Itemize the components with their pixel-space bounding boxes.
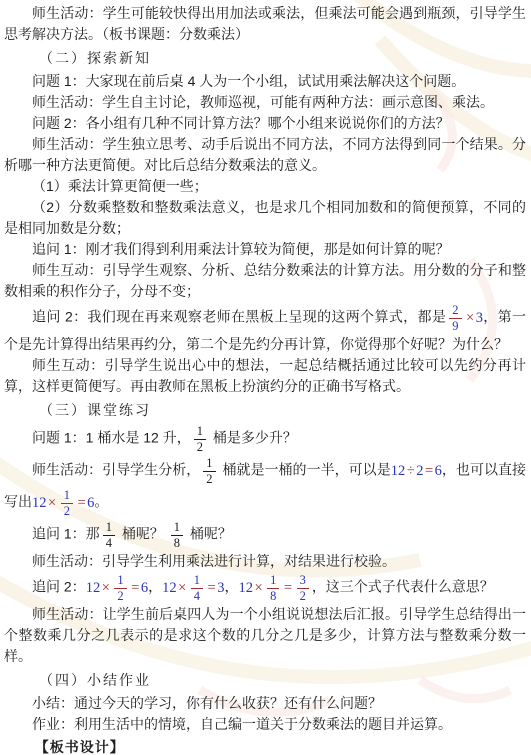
- equation: 12÷2=6: [391, 462, 442, 478]
- equation: 12×14=3: [162, 579, 224, 595]
- document-page: 师生活动：学生可能较快得出用加法或乘法，但乘法可能会遇到瓶颈，引导学生思考解决方…: [0, 0, 531, 755]
- math-operator: ×: [465, 310, 476, 326]
- equation: 12×12=6: [32, 494, 94, 510]
- paragraph: 师生互动：引导学生观察、分析、总结分数乘法的计算方法。用分数的分子和整数相乘的积…: [4, 260, 526, 302]
- paragraph: 追问 1：那14 桶呢？ 18 桶呢？: [4, 519, 526, 551]
- fraction-numerator: 1: [267, 573, 279, 588]
- fraction: 12: [61, 488, 73, 518]
- text-run: 问题 1：大家现在前后桌 4 人为一个小组，试试用乘法解决这个问题。: [32, 73, 465, 89]
- text-run: 作业：利用生活中的情境，自己编一道关于分数乘法的题目并运算。: [32, 716, 452, 732]
- math-operator: ×: [47, 495, 58, 511]
- fraction: 29: [449, 303, 461, 333]
- paragraph: 追问 2：12×12=6，12×14=3，12×18=32，这三个式子代表什么意…: [4, 572, 526, 604]
- equation: 12×18=32: [238, 579, 311, 595]
- document-content: 师生活动：学生可能较快得出用加法或乘法，但乘法可能会遇到瓶颈，引导学生思考解决方…: [4, 3, 526, 755]
- paragraph: （2）分数乘整数和整数乘法意义，也是求几个相同加数和的简便预算，不同的是相同加数…: [4, 197, 526, 239]
- text-run: 师生互动：引导学生观察、分析、总结分数乘法的计算方法。用分数的分子和整数相乘的积…: [4, 262, 526, 299]
- text-run: 小结：通过今天的学习，你有什么收获？还有什么问题？: [32, 695, 382, 711]
- paragraph: 师生活动：学生独立思考、动手后说出不同方法，不同方法得到同一个结果。分析哪一种方…: [4, 134, 526, 176]
- math-number: 12: [238, 580, 253, 596]
- section-heading: （二）探索新知: [4, 48, 526, 69]
- paragraph: 【板书设计】: [4, 737, 526, 755]
- fraction-denominator: 2: [114, 588, 126, 603]
- fraction-denominator: 4: [191, 588, 203, 603]
- math-operator: ÷: [405, 463, 416, 479]
- paragraph: 问题 1：大家现在前后桌 4 人为一个小组，试试用乘法解决这个问题。: [4, 71, 526, 92]
- fraction: 14: [191, 573, 203, 603]
- text-run: 【板书设计】: [35, 739, 125, 755]
- text-run: 追问 2：: [32, 579, 86, 595]
- fraction-numerator: 3: [297, 573, 309, 588]
- text-run: 追问 1：那: [32, 526, 100, 542]
- fraction-numerator: 1: [203, 456, 215, 471]
- math-operator: ×: [253, 580, 264, 596]
- math-number: 12: [86, 580, 101, 596]
- math-number: 12: [162, 580, 177, 596]
- fraction-numerator: 1: [114, 573, 126, 588]
- fraction: 18: [171, 520, 183, 550]
- paragraph: 师生互动：引导学生说出心中的想法，一起总结概括通过比较可以先约分再计算，这样更简…: [4, 355, 526, 397]
- fraction-denominator: 8: [267, 588, 279, 603]
- fraction-numerator: 1: [103, 520, 115, 535]
- text-run: 师生活动：学生独立思考、动手后说出不同方法，不同方法得到同一个结果。分析哪一种方…: [4, 136, 526, 173]
- text-run: 师生活动：学生可能较快得出用加法或乘法，但乘法可能会遇到瓶颈，引导学生思考解决方…: [4, 5, 526, 42]
- text-run: 桶是多少升？: [209, 430, 297, 446]
- fraction-denominator: 9: [449, 318, 461, 333]
- math-number: 6: [435, 463, 442, 479]
- fraction-denominator: 8: [171, 535, 183, 550]
- fraction-numerator: 2: [449, 303, 461, 318]
- text-run: 师生活动：引导学生利用乘法进行计算，对结果进行校验。: [32, 553, 396, 569]
- fraction-denominator: 2: [203, 471, 215, 486]
- text-run: ，这三个式子代表什么意思？: [312, 579, 494, 595]
- section-heading: （四）小结作业: [4, 670, 526, 691]
- fraction-denominator: 2: [297, 588, 309, 603]
- paragraph: 师生活动：引导学生利用乘法进行计算，对结果进行校验。: [4, 551, 526, 572]
- text-run: 桶就是一桶的一半，可以是: [219, 462, 391, 478]
- math-number: 6: [141, 580, 148, 596]
- text-run: 追问 2：我们现在再来观察老师在黑板上呈现的这两个算式，都是: [32, 309, 446, 325]
- fraction-numerator: 1: [194, 424, 206, 439]
- math-operator: =: [206, 580, 217, 596]
- fraction: 12: [114, 573, 126, 603]
- text-run: 问题 2：各小组有几种不同计算方法？哪个小组来说说你们的方法？: [32, 115, 450, 131]
- math-number: 12: [391, 463, 406, 479]
- equation: 12×12=6: [86, 579, 148, 595]
- paragraph: 追问 2：我们现在再来观察老师在黑板上呈现的这两个算式，都是29×3，第一个是先…: [4, 302, 526, 355]
- paragraph: 问题 1：1 桶水是 12 升，12 桶是多少升？: [4, 423, 526, 455]
- fraction-denominator: 4: [103, 535, 115, 550]
- text-run: ，: [148, 579, 162, 595]
- fraction-denominator: 2: [61, 503, 73, 518]
- text-run: 师生活动：让学生前后桌四人为一个小组说说想法后汇报。引导学生总结得出一个整数乘几…: [4, 606, 526, 664]
- math-operator: =: [76, 495, 87, 511]
- text-run: 问题 1：1 桶水是 12 升，: [32, 430, 191, 446]
- text-run: （1）乘法计算更简便一些；: [32, 178, 208, 194]
- text-run: （2）分数乘整数和整数乘法意义，也是求几个相同加数和的简便预算，不同的是相同加数…: [4, 199, 526, 236]
- paragraph: 问题 2：各小组有几种不同计算方法？哪个小组来说说你们的方法？: [4, 113, 526, 134]
- text-run: 追问 1：刚才我们得到利用乘法计算较为简便，那是如何计算的呢？: [32, 241, 450, 257]
- text-run: 师生活动：引导学生分析，: [32, 462, 200, 478]
- fraction: 18: [267, 573, 279, 603]
- fraction-numerator: 1: [171, 520, 183, 535]
- paragraph: 师生活动：学生自主讨论，教师巡视，可能有两种方法：画示意图、乘法。: [4, 92, 526, 113]
- text-run: 师生活动：学生自主讨论，教师巡视，可能有两种方法：画示意图、乘法。: [32, 94, 494, 110]
- fraction-numerator: 1: [191, 573, 203, 588]
- text-run: 桶呢？: [118, 526, 168, 542]
- fraction-denominator: 2: [194, 439, 206, 454]
- fraction: 12: [203, 456, 215, 486]
- math-operator: =: [130, 580, 141, 596]
- math-operator: ×: [177, 580, 188, 596]
- fraction: 32: [297, 573, 309, 603]
- equation: 29×3: [446, 309, 483, 325]
- paragraph: 追问 1：刚才我们得到利用乘法计算较为简便，那是如何计算的呢？: [4, 239, 526, 260]
- paragraph: （1）乘法计算更简便一些；: [4, 176, 526, 197]
- section-heading: （三）课堂练习: [4, 400, 526, 421]
- fraction: 12: [194, 424, 206, 454]
- text-run: ，: [224, 579, 238, 595]
- paragraph: 师生活动：让学生前后桌四人为一个小组说说想法后汇报。引导学生总结得出一个整数乘几…: [4, 604, 526, 667]
- math-number: 3: [476, 310, 483, 326]
- paragraph: 师生活动：引导学生分析，12 桶就是一桶的一半，可以是12÷2=6，也可以直接写…: [4, 455, 526, 519]
- paragraph: 作业：利用生活中的情境，自己编一道关于分数乘法的题目并运算。: [4, 714, 526, 735]
- math-operator: =: [282, 580, 293, 596]
- text-run: （二）探索新知: [39, 50, 151, 66]
- paragraph: 小结：通过今天的学习，你有什么收获？还有什么问题？: [4, 693, 526, 714]
- math-operator: ×: [100, 580, 111, 596]
- fraction: 14: [103, 520, 115, 550]
- math-number: 12: [32, 495, 47, 511]
- math-operator: =: [423, 463, 434, 479]
- text-run: （四）小结作业: [39, 672, 151, 688]
- text-run: （三）课堂练习: [39, 402, 151, 418]
- paragraph: 师生活动：学生可能较快得出用加法或乘法，但乘法可能会遇到瓶颈，引导学生思考解决方…: [4, 3, 526, 45]
- text-run: 桶呢？: [186, 526, 232, 542]
- fraction-numerator: 1: [61, 488, 73, 503]
- text-run: 师生互动：引导学生说出心中的想法，一起总结概括通过比较可以先约分再计算，这样更简…: [4, 357, 526, 394]
- text-run: 。: [94, 494, 108, 510]
